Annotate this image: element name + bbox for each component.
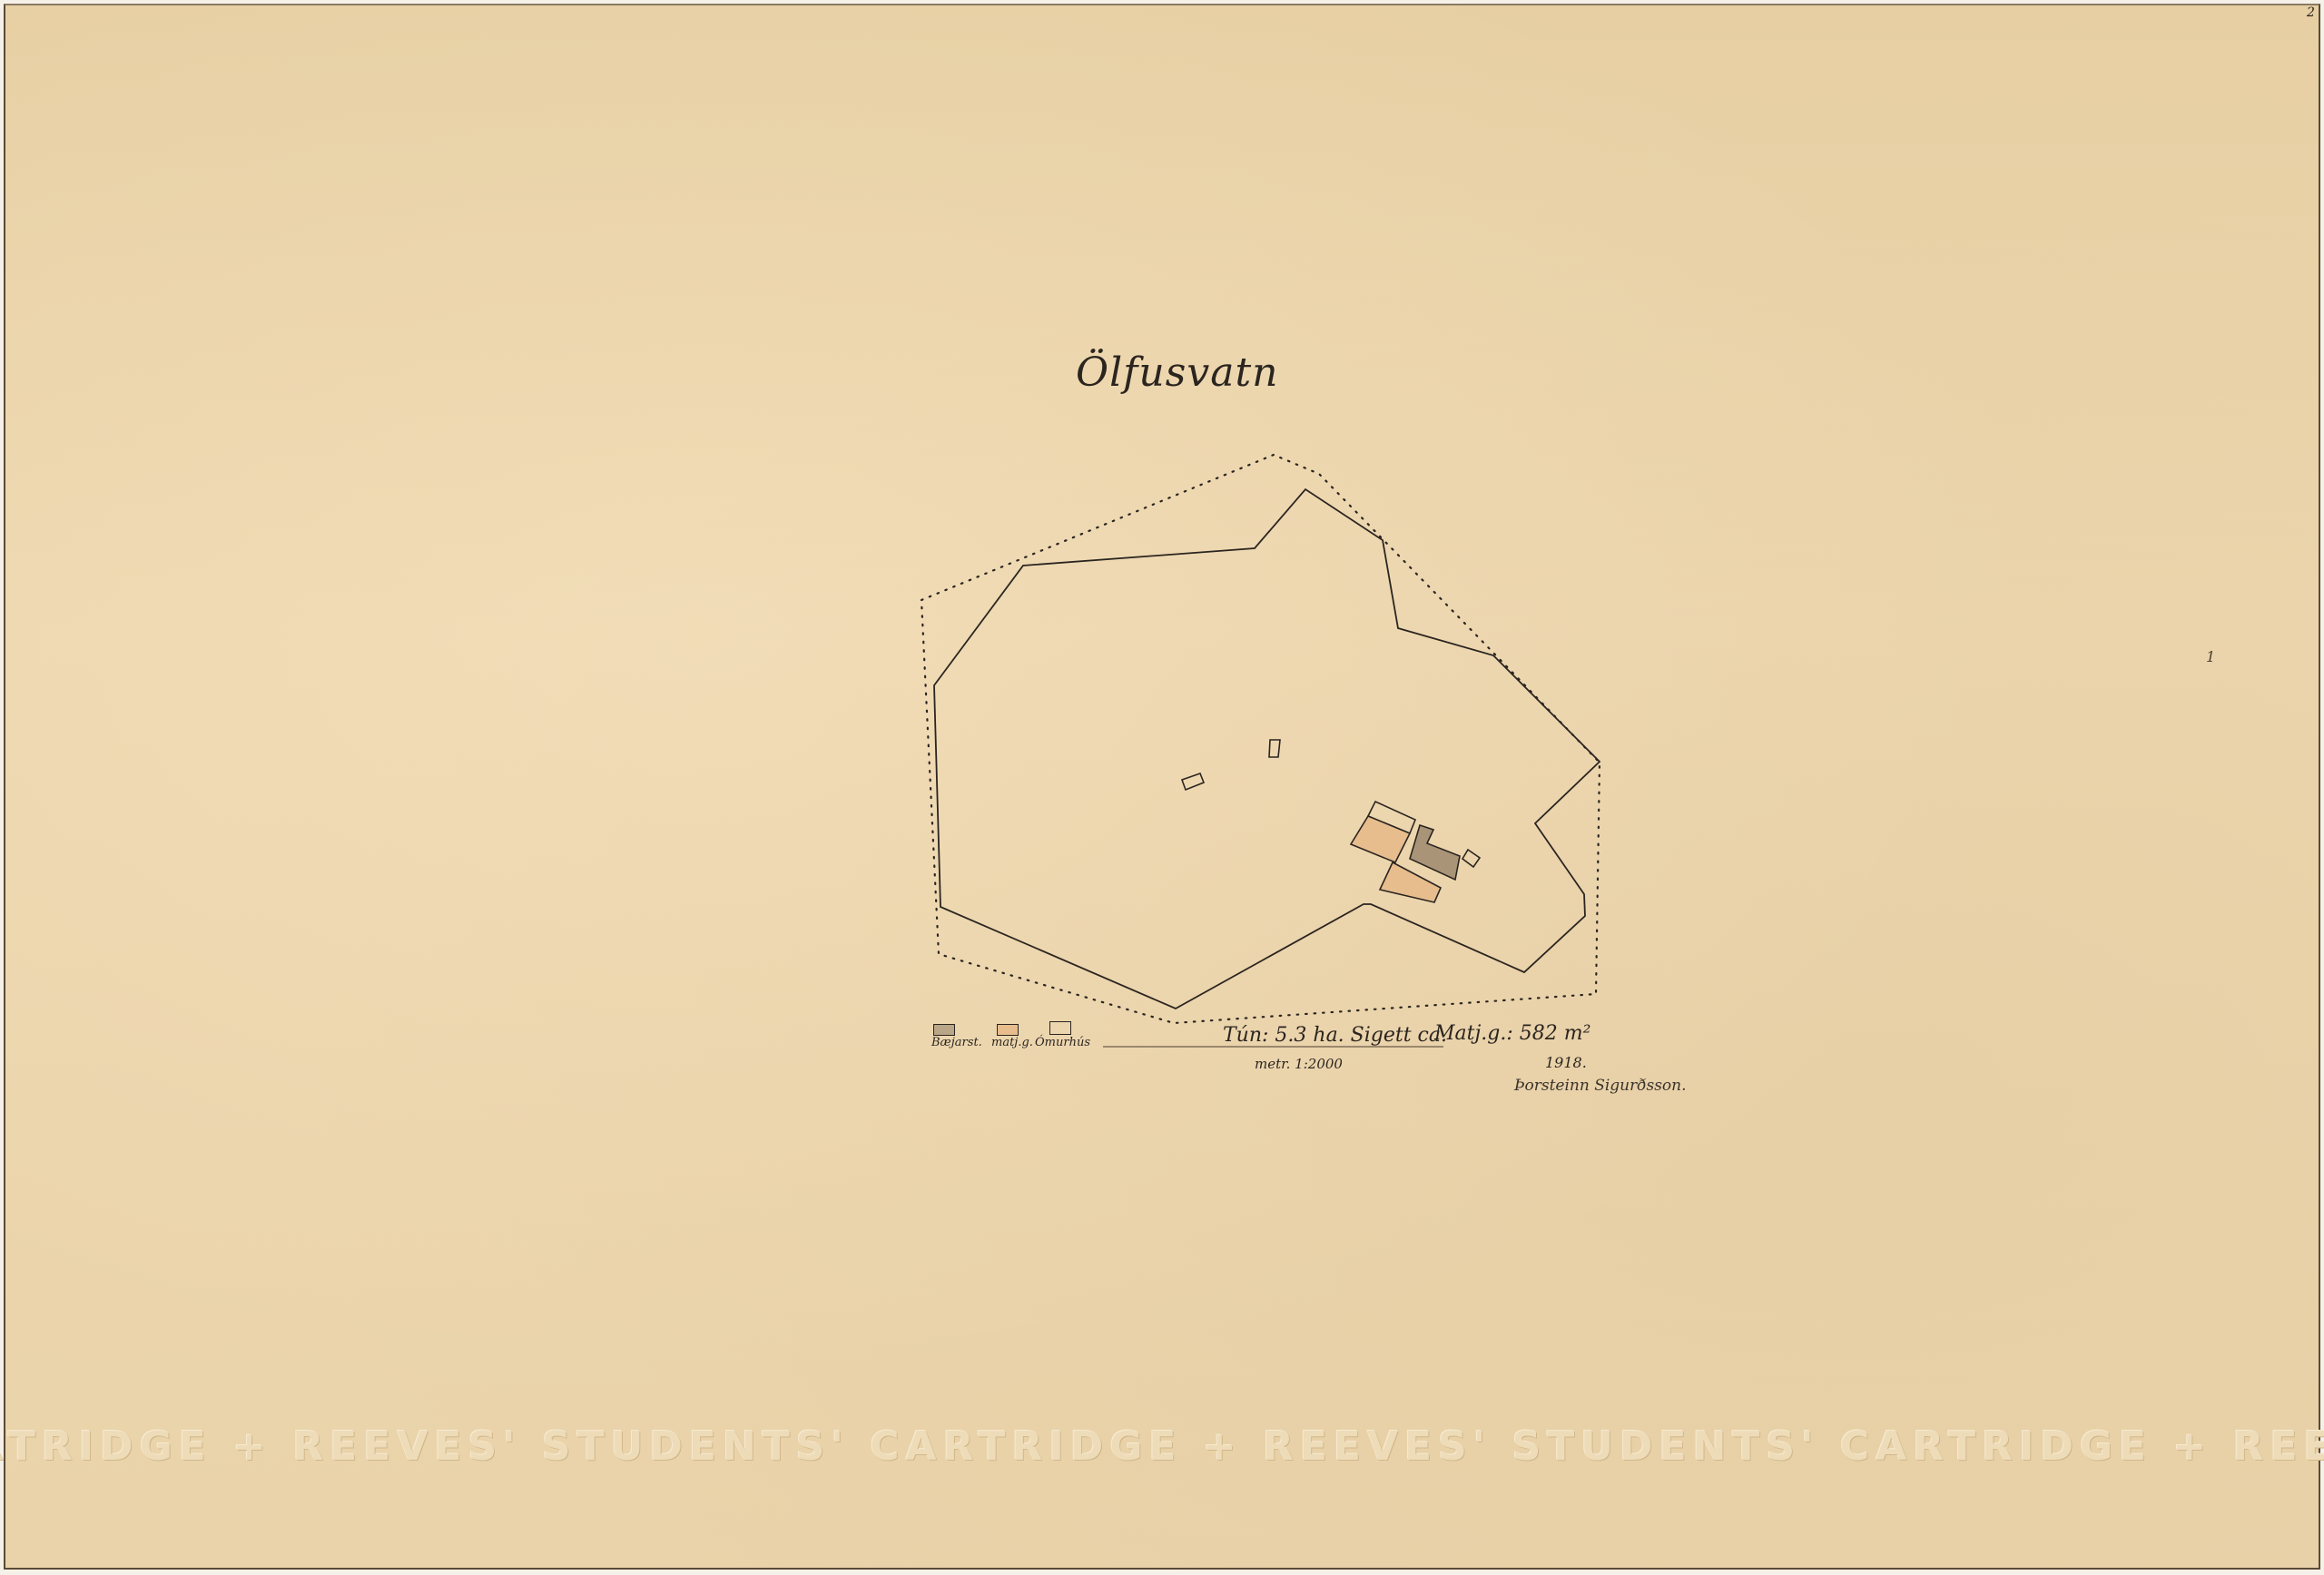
farmhouse-lower <box>1351 816 1410 862</box>
small-shed <box>1462 850 1480 867</box>
surveyor-signature: Þorsteinn Sigurðsson. <box>1514 1077 1687 1095</box>
map-title: Ölfusvatn <box>1076 349 1278 396</box>
garden-swatch-icon <box>997 1024 1019 1036</box>
scale-note: metr. 1:2000 <box>1255 1056 1343 1072</box>
legend-label: Ómurhús <box>1035 1036 1090 1049</box>
map-drawing <box>0 0 2324 1575</box>
legend-label: matj.g. <box>991 1036 1033 1049</box>
garden-area-note: Matj.g.: 582 m² <box>1434 1022 1590 1045</box>
outbuilding-2 <box>1269 740 1280 757</box>
main-house-L <box>1410 825 1460 880</box>
homefield-area-note: Tún: 5.3 ha. Sigett ca. <box>1223 1024 1447 1047</box>
homefield-boundary <box>934 489 1600 1009</box>
outbuilding-swatch-icon <box>1049 1021 1071 1035</box>
embossed-watermark: RTRIDGE + REEVES' STUDENTS' CARTRIDGE + … <box>0 1423 2324 1470</box>
corner-mark: 2 <box>2307 5 2315 20</box>
page-number: 1 <box>2206 648 2215 665</box>
buildings-group <box>1182 740 1480 902</box>
year-note: 1918. <box>1545 1054 1587 1071</box>
outbuilding-1 <box>1182 773 1204 790</box>
legend-label: Bæjarst. <box>931 1036 982 1049</box>
outer-dotted-boundary <box>921 455 1600 1023</box>
farmstead-swatch-icon <box>933 1024 955 1036</box>
